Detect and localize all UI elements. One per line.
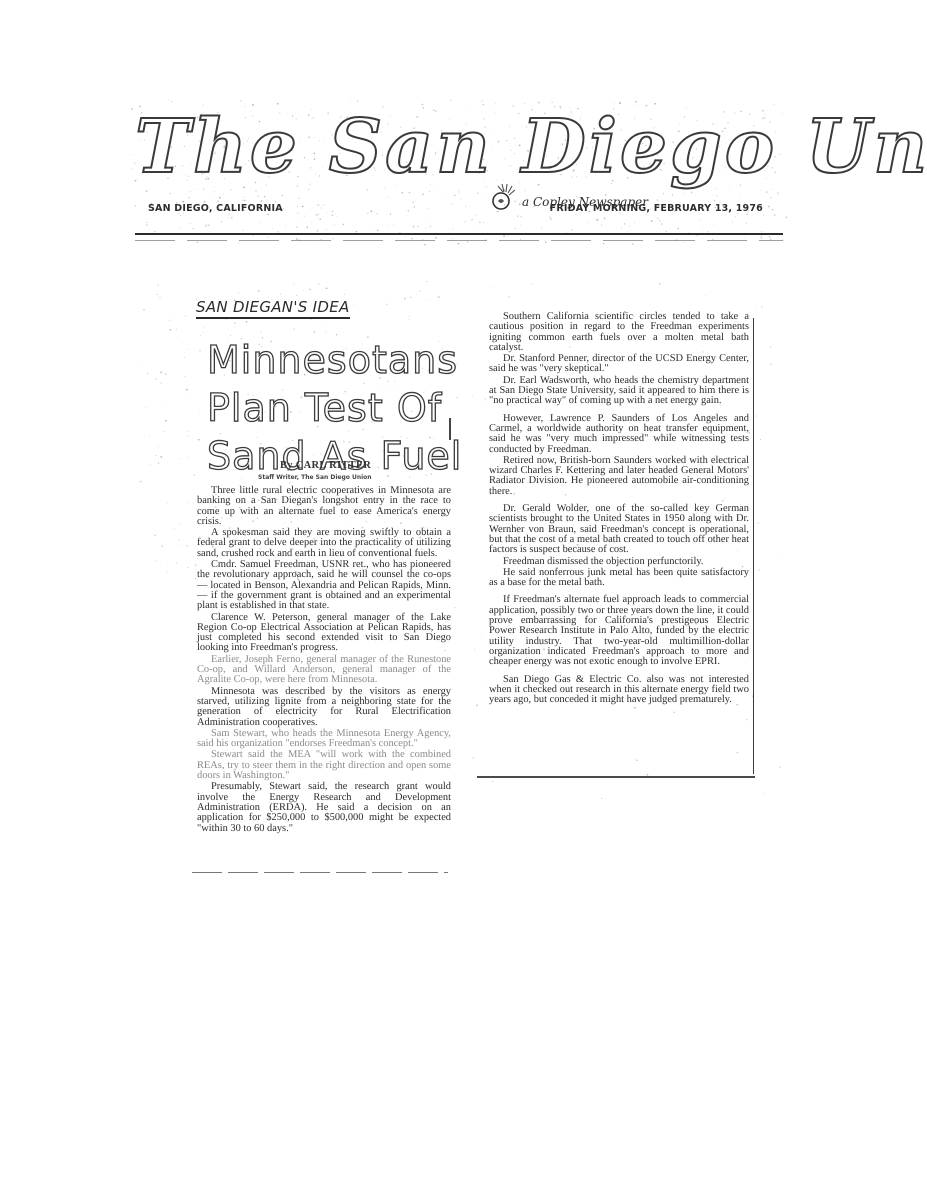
column-end-rule	[477, 776, 755, 778]
article-headline: Minnesotans Plan Test Of Sand As Fuel	[207, 336, 462, 480]
masthead-city: SAN DIEGO, CALIFORNIA	[148, 203, 283, 214]
masthead-rule	[135, 233, 783, 235]
article-byline: By CARL RITTER	[280, 460, 371, 471]
paragraph: Earlier, Joseph Ferno, general manager o…	[197, 655, 451, 686]
paragraph: Three little rural electric cooperatives…	[197, 486, 451, 527]
paragraph: Stewart said the MEA "will work with the…	[197, 750, 451, 781]
paragraph: Cmdr. Samuel Freedman, USNR ret., who ha…	[197, 560, 451, 611]
article-column-right: Southern California scientific circles t…	[489, 312, 749, 706]
newspaper-clipping-page: The San Diego Union SAN DIEGO, CALIFORNI…	[0, 0, 927, 1200]
paragraph: Presumably, Stewart said, the research g…	[197, 782, 451, 833]
paragraph: Minnesota was described by the visitors …	[197, 687, 451, 728]
paragraph: Sam Stewart, who heads the Minnesota Ene…	[197, 729, 451, 750]
masthead-rule-thin	[135, 240, 783, 241]
paragraph: Dr. Stanford Penner, director of the UCS…	[489, 354, 749, 375]
masthead-date: FRIDAY MORNING, FEBRUARY 13, 1976	[550, 203, 763, 214]
article: SAN DIEGAN'S IDEA Minnesotans Plan Test …	[172, 298, 777, 898]
masthead: The San Diego Union SAN DIEGO, CALIFORNI…	[135, 100, 783, 242]
headline-line: Minnesotans	[207, 336, 462, 384]
paragraph: He said nonferrous junk metal has been q…	[489, 568, 749, 589]
column-end-rule	[192, 872, 448, 873]
headline-line: Plan Test Of	[207, 384, 462, 432]
article-column-left: Three little rural electric cooperatives…	[197, 486, 451, 835]
headline-line: Sand As Fuel	[207, 432, 462, 480]
byline-credit: Staff Writer, The San Diego Union	[258, 474, 372, 481]
paragraph: Freedman dismissed the objection perfunc…	[489, 557, 749, 567]
newspaper-nameplate: The San Diego Union	[135, 102, 783, 192]
paragraph: However, Lawrence P. Saunders of Los Ang…	[489, 414, 749, 455]
paragraph: Dr. Earl Wadsworth, who heads the chemis…	[489, 376, 749, 407]
paragraph: Retired now, British-born Saunders worke…	[489, 456, 749, 497]
paragraph: San Diego Gas & Electric Co. also was no…	[489, 675, 749, 706]
copley-logo-icon	[490, 182, 516, 212]
pencil-mark	[449, 418, 451, 440]
paragraph: A spokesman said they are moving swiftly…	[197, 528, 451, 559]
paragraph: Dr. Gerald Wolder, one of the so-called …	[489, 504, 749, 555]
column-border-rule	[753, 318, 754, 774]
paragraph: Southern California scientific circles t…	[489, 312, 749, 353]
paragraph: If Freedman's alternate fuel approach le…	[489, 595, 749, 667]
paragraph: Clarence W. Peterson, general manager of…	[197, 613, 451, 654]
article-kicker: SAN DIEGAN'S IDEA	[196, 298, 350, 319]
